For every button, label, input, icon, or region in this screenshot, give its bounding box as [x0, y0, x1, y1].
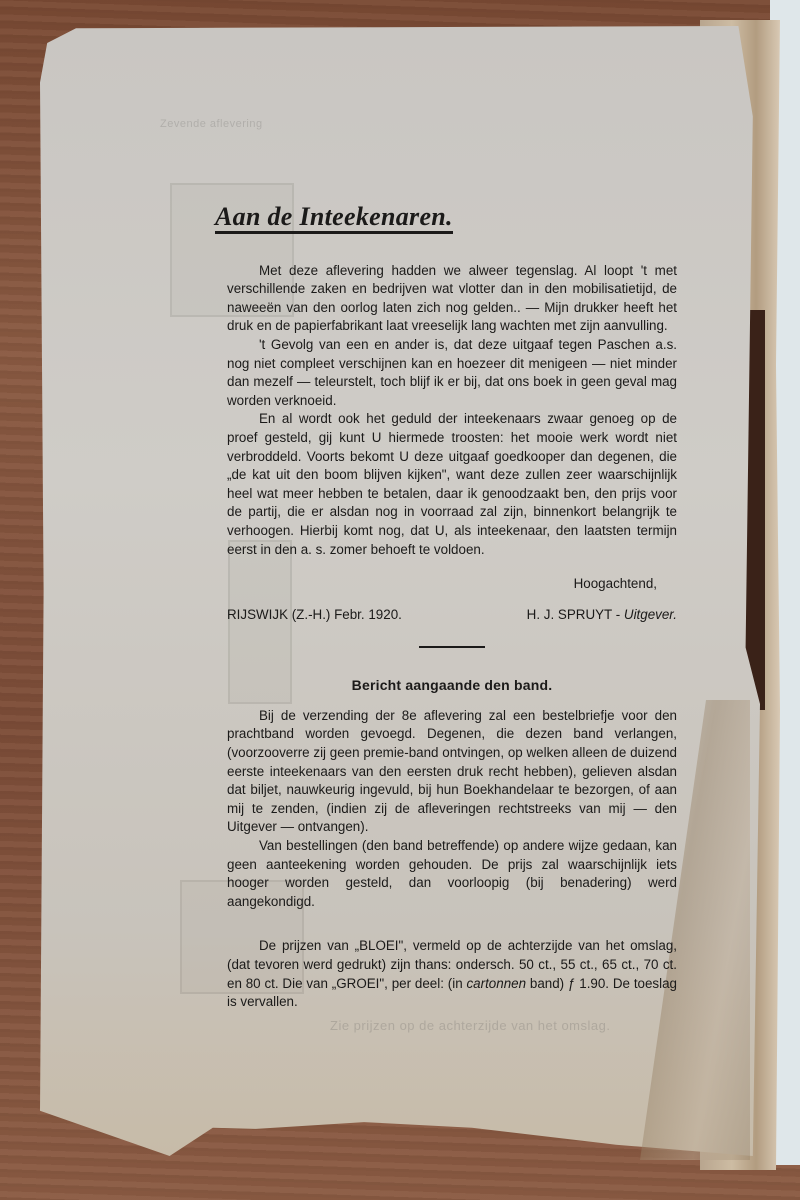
- signature-role: Uitgever.: [624, 607, 677, 622]
- letter-paragraph: 't Gevolg van een en ander is, dat deze …: [227, 336, 677, 410]
- show-through-header-text: Zevende aflevering: [160, 118, 263, 130]
- document-title: Aan de Inteekenaren.: [215, 208, 453, 234]
- signature-name: H. J. SPRUYT -: [527, 607, 624, 622]
- price-text-italic: cartonnen: [466, 976, 526, 991]
- signature-line: RIJSWIJK (Z.-H.) Febr. 1920. H. J. SPRUY…: [227, 606, 677, 625]
- place-date: RIJSWIJK (Z.-H.) Febr. 1920.: [227, 606, 402, 625]
- show-through-footer-text: Zie prijzen op de achterzijde van het om…: [330, 1018, 610, 1033]
- notice-heading: Bericht aangaande den band.: [227, 676, 677, 695]
- letter-closing: Hoogachtend,: [227, 575, 657, 594]
- notice-paragraph: Bij de verzending der 8e aflevering zal …: [227, 707, 677, 837]
- letter-paragraph: En al wordt ook het geduld der inteekena…: [227, 410, 677, 559]
- section-divider: [419, 646, 485, 648]
- document-content: Aan de Inteekenaren. Met deze aflevering…: [227, 208, 677, 1012]
- letter-body: Met deze aflevering hadden we alweer teg…: [227, 262, 677, 560]
- letter-paragraph: Met deze aflevering hadden we alweer teg…: [227, 262, 677, 336]
- signature: H. J. SPRUYT - Uitgever.: [527, 606, 677, 625]
- price-paragraph: De prijzen van „BLOEI", vermeld op de ac…: [227, 937, 677, 1011]
- notice-paragraph: Van bestellingen (den band betreffende) …: [227, 837, 677, 911]
